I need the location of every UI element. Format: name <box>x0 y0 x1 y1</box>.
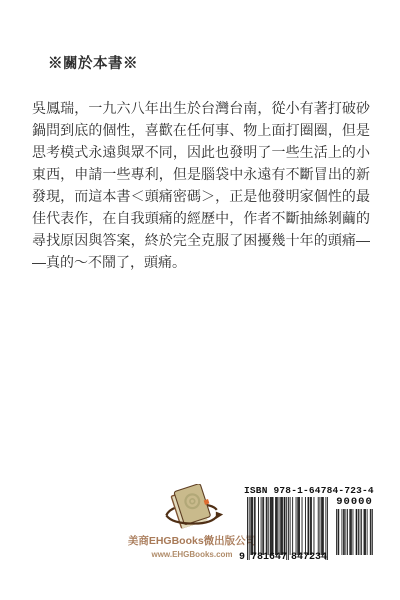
paragraph-line: 吳鳳瑞，一九六八年出生於台灣台南，從小有著打破砂 <box>32 97 370 119</box>
paragraph-line: 佳代表作，在自我頭痛的經歷中，作者不斷抽絲剝繭的 <box>32 207 370 229</box>
paragraph-line: 尋找原因與答案，終於完全克服了困擾幾十年的頭痛— <box>32 229 370 251</box>
ehg-book-logo-icon <box>159 484 225 532</box>
publisher-block: 美商EHGBooks微出版公司 www.EHGBooks.com <box>126 484 258 559</box>
about-paragraph: 吳鳳瑞，一九六八年出生於台灣台南，從小有著打破砂 鍋問到底的個性，喜歡在任何事、… <box>32 97 370 273</box>
barcode-digit-lead: 9 <box>238 552 246 563</box>
book-back-cover: ※關於本書※ 吳鳳瑞，一九六八年出生於台灣台南，從小有著打破砂 鍋問到底的個性，… <box>0 0 400 600</box>
paragraph-line: 東西，申請一些專利，但是腦袋中永遠有不斷冒出的新 <box>32 163 370 185</box>
isbn-barcode: ISBN 978-1-64784-723-4 90000 9 781647 84… <box>242 485 375 570</box>
ean13-bars <box>247 497 328 560</box>
barcode-digits-group2: 847234 <box>291 552 325 563</box>
ean5-supplement-bars <box>336 509 373 555</box>
price-code: 90000 <box>335 496 374 508</box>
paragraph-line: 發現，而這本書＜頭痛密碼＞，正是他發明家個性的最 <box>32 185 370 207</box>
isbn-number: ISBN 978-1-64784-723-4 <box>244 485 374 496</box>
publisher-name: 美商EHGBooks微出版公司 <box>126 533 258 548</box>
paragraph-line: —真的～不鬧了，頭痛。 <box>32 251 370 273</box>
about-section-title: ※關於本書※ <box>48 52 138 73</box>
paragraph-line: 鍋問到底的個性，喜歡在任何事、物上面打圈圈，但是 <box>32 119 370 141</box>
paragraph-line: 思考模式永遠與眾不同，因此也發明了一些生活上的小 <box>32 141 370 163</box>
barcode-digits-group1: 781647 <box>251 552 285 563</box>
